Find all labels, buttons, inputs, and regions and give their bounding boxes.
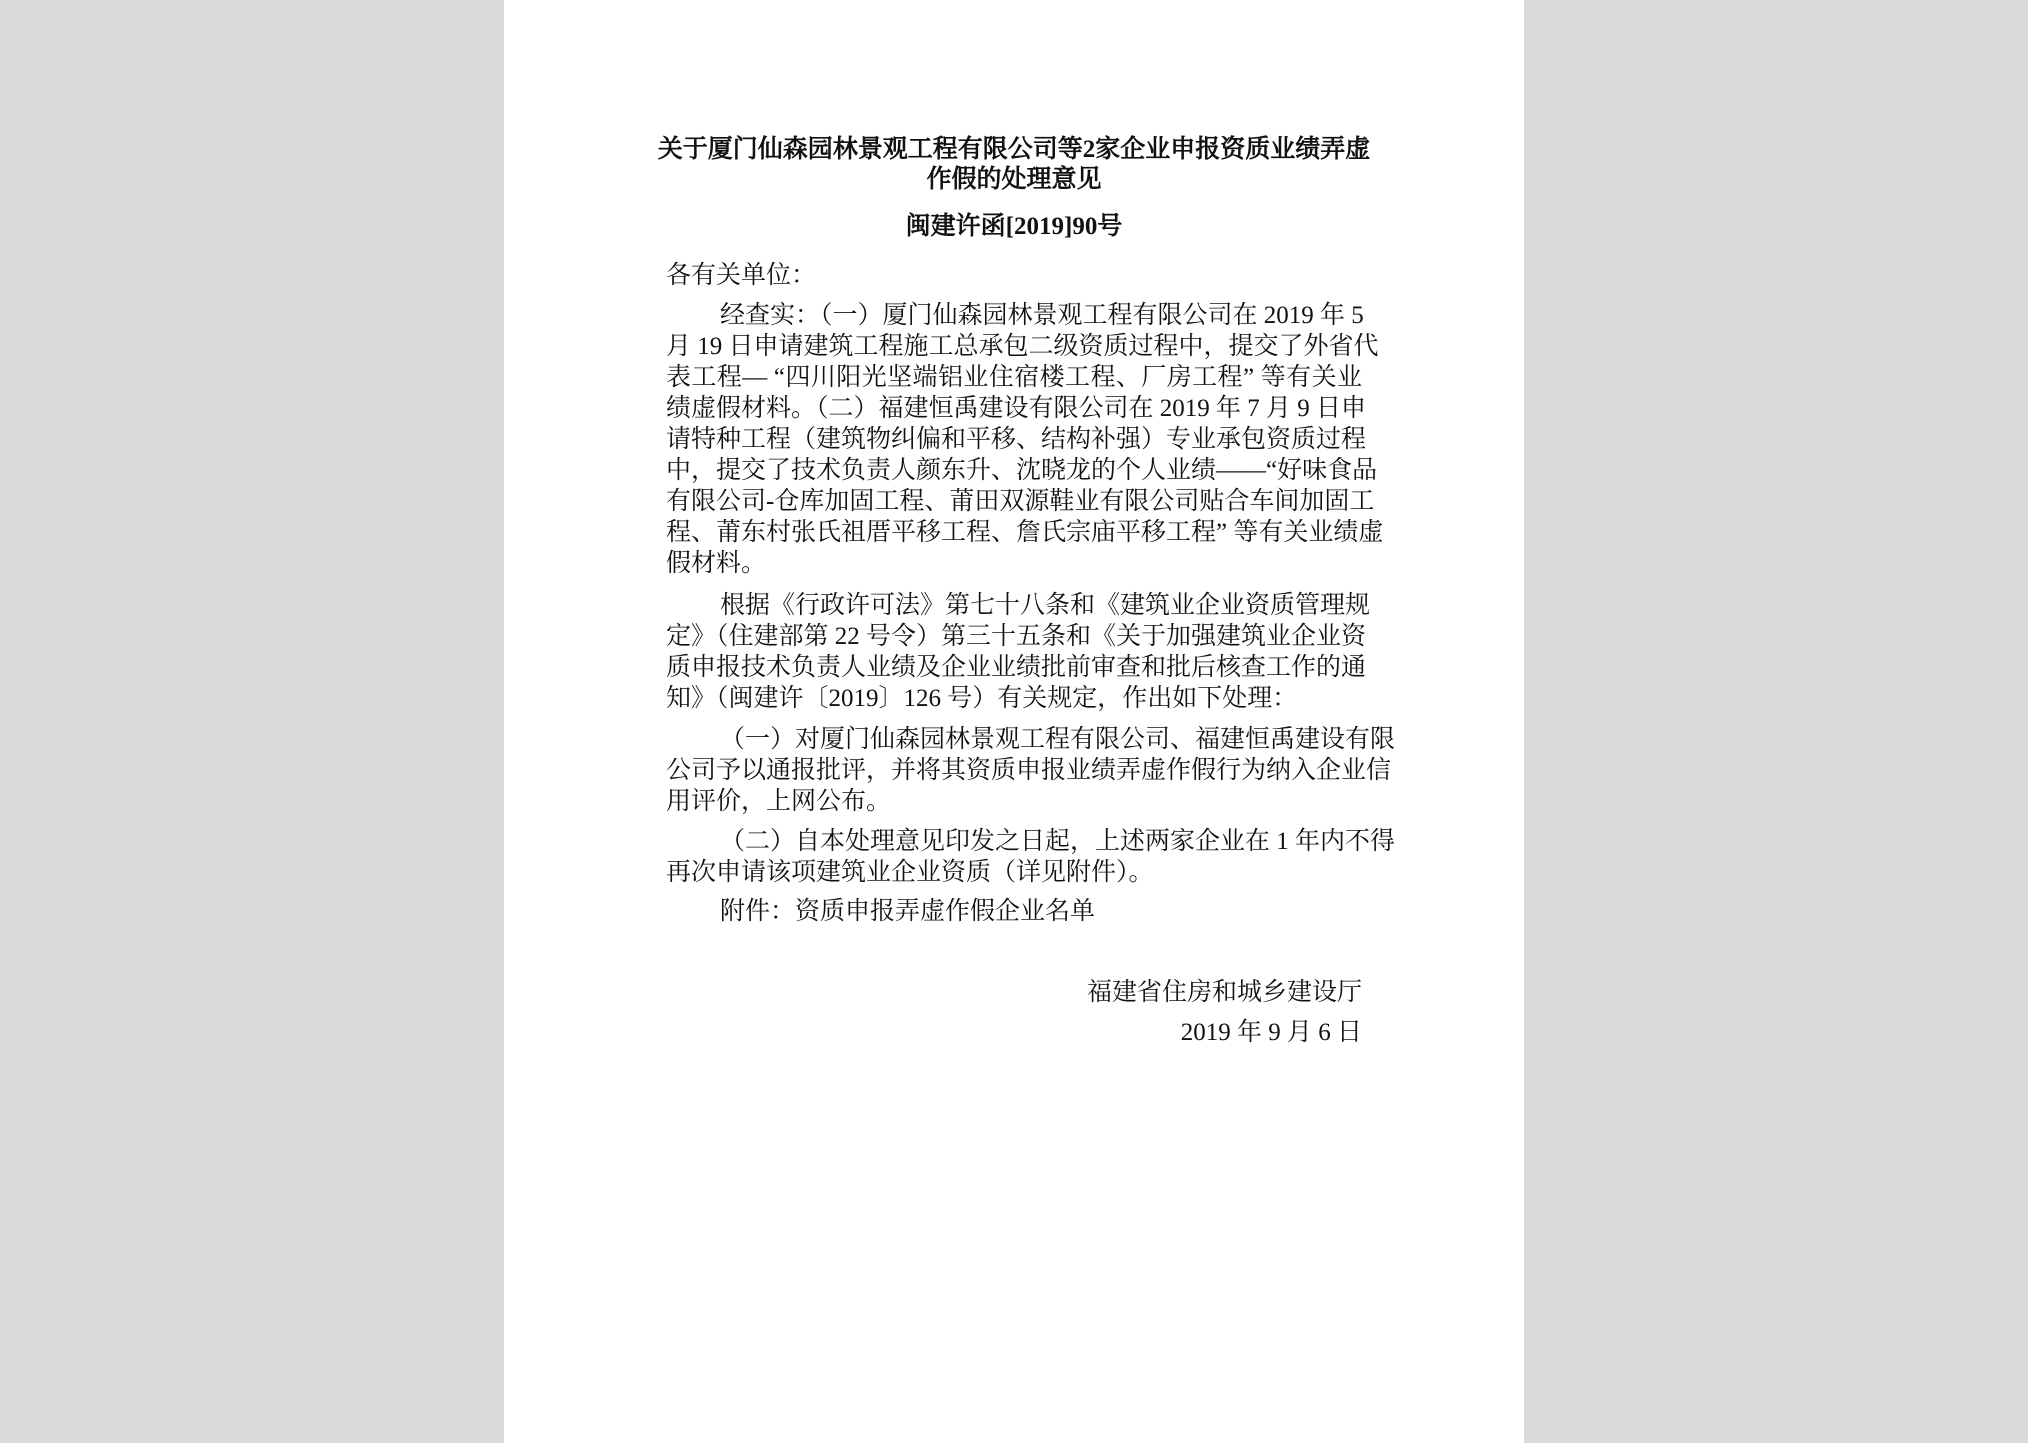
paragraph-3-line: （一）对厦门仙森园林景观工程有限公司、福建恒禹建设有限 xyxy=(720,724,1362,755)
paragraph-1-line: 请特种工程（建筑物纠偏和平移、结构补强）专业承包资质过程 xyxy=(666,424,1362,455)
paragraph-1-line: 经查实：（一）厦门仙森园林景观工程有限公司在 2019 年 5 xyxy=(720,300,1362,331)
salutation: 各有关单位： xyxy=(666,260,1362,291)
paragraph-2-line: 根据《行政许可法》第七十八条和《建筑业企业资质管理规 xyxy=(720,590,1362,621)
document-title-line-1: 关于厦门仙森园林景观工程有限公司等2家企业申报资质业绩弄虚 xyxy=(504,134,1524,165)
attachment-note: 附件：资质申报弄虚作假企业名单 xyxy=(720,896,1362,927)
paragraph-1-line: 程、莆东村张氏祖厝平移工程、詹氏宗庙平移工程” 等有关业绩虚 xyxy=(666,517,1362,548)
paragraph-1-line: 表工程— “四川阳光坚端铝业住宿楼工程、厂房工程” 等有关业 xyxy=(666,362,1362,393)
issuing-authority: 福建省住房和城乡建设厅 xyxy=(1087,977,1362,1008)
paragraph-1-line: 绩虚假材料。（二）福建恒禹建设有限公司在 2019 年 7 月 9 日申 xyxy=(666,393,1362,424)
document-page: 关于厦门仙森园林景观工程有限公司等2家企业申报资质业绩弄虚 作假的处理意见 闽建… xyxy=(504,0,1524,1443)
paragraph-2-line: 定》（住建部第 22 号令）第三十五条和《关于加强建筑业企业资 xyxy=(666,621,1362,652)
paragraph-4-line: （二）自本处理意见印发之日起，上述两家企业在 1 年内不得 xyxy=(720,826,1362,857)
document-title-line-2: 作假的处理意见 xyxy=(504,164,1524,195)
paragraph-2-line: 质申报技术负责人业绩及企业业绩批前审查和批后核查工作的通 xyxy=(666,652,1362,683)
paragraph-1-line: 中，提交了技术负责人颜东升、沈晓龙的个人业绩——“好味食品 xyxy=(666,455,1362,486)
paragraph-3-line: 用评价，上网公布。 xyxy=(666,786,1362,817)
paragraph-1-line: 有限公司-仓库加固工程、莆田双源鞋业有限公司贴合车间加固工 xyxy=(666,486,1362,517)
paragraph-1-line: 月 19 日申请建筑工程施工总承包二级资质过程中，提交了外省代 xyxy=(666,331,1362,362)
issue-date: 2019 年 9 月 6 日 xyxy=(1181,1017,1362,1048)
paragraph-3-line: 公司予以通报批评，并将其资质申报业绩弄虚作假行为纳入企业信 xyxy=(666,755,1362,786)
paragraph-4-line: 再次申请该项建筑业企业资质（详见附件）。 xyxy=(666,857,1362,888)
paragraph-2-line: 知》（闽建许〔2019〕126 号）有关规定，作出如下处理： xyxy=(666,683,1362,714)
paragraph-1-line: 假材料。 xyxy=(666,548,1362,579)
document-number: 闽建许函[2019]90号 xyxy=(504,211,1524,242)
